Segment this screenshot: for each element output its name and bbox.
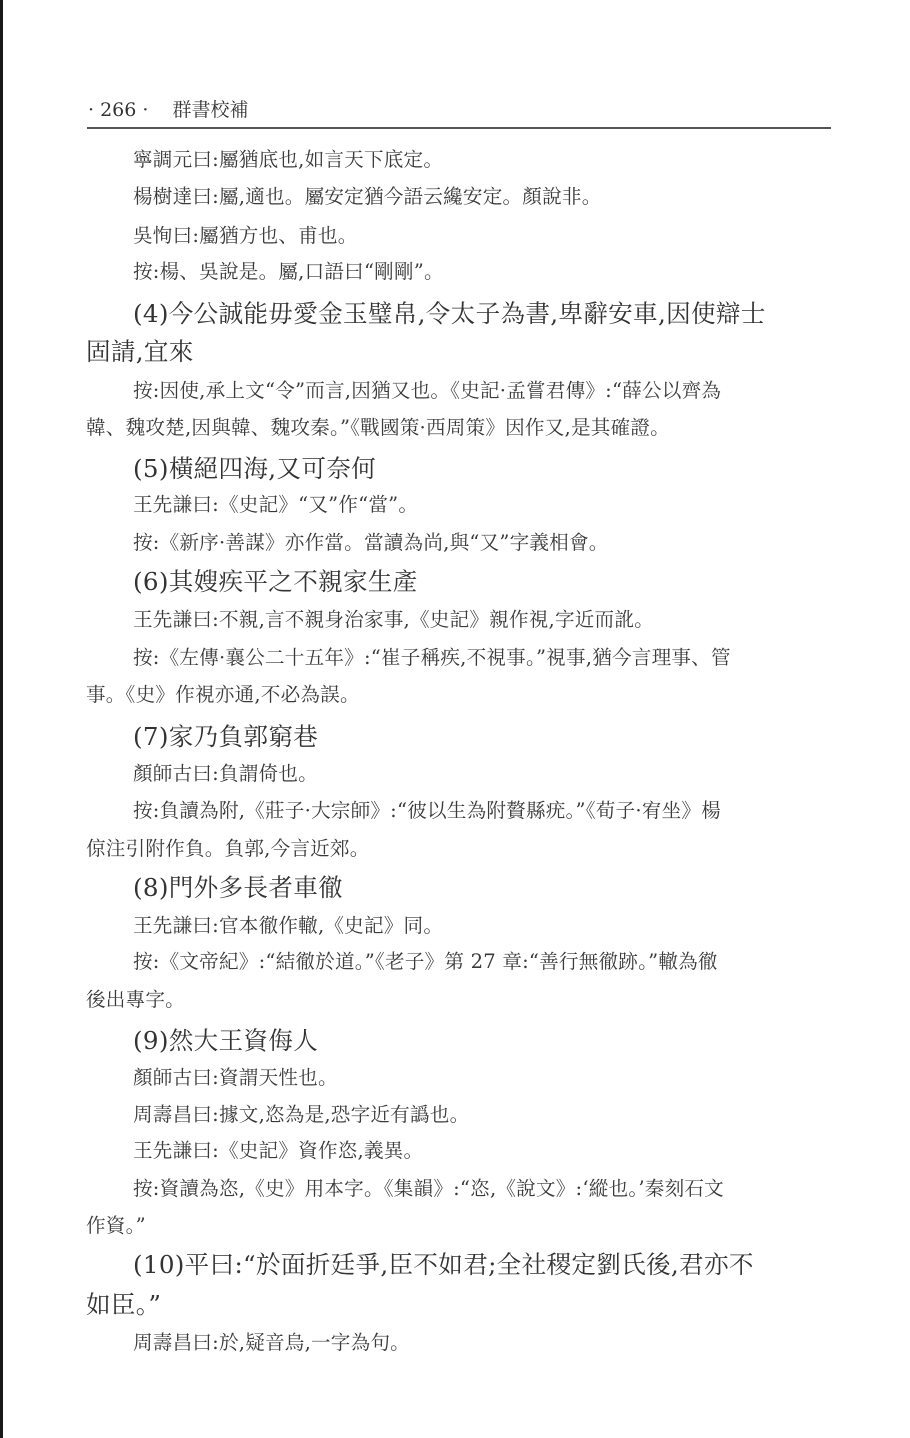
entry-heading: 固請,宜來: [86, 336, 194, 368]
entry-heading: (10)平曰:“於面折廷爭,臣不如君;全社稷定劉氏後,君亦不: [133, 1249, 754, 1281]
text-line: 周壽昌曰:據文,恣為是,恐字近有譌也。: [133, 1102, 469, 1128]
entry-heading: (7)家乃負郭窮巷: [133, 721, 318, 753]
text-line: 作資。”: [86, 1213, 146, 1239]
text-line: 王先謙曰:《史記》資作恣,義異。: [133, 1138, 423, 1164]
text-line: 按:《左傳·襄公二十五年》:“崔子稱疾,不視事。”視事,猶今言理事、管: [133, 645, 731, 671]
text-line: 按:資讀為恣,《史》用本字。《集韻》:“恣,《說文》:‘縱也。’秦刻石文: [133, 1176, 724, 1202]
text-line: 顏師古曰:負謂倚也。: [133, 761, 318, 787]
text-line: 按:負讀為附,《莊子·大宗師》:“彼以生為附贅縣疣。”《荀子·宥坐》楊: [133, 798, 721, 824]
entry-heading: (5)橫絕四海,又可奈何: [133, 453, 376, 485]
page-left-edge: [0, 0, 3, 1438]
text-line: 按:《文帝紀》:“結徹於道。”《老子》第 27 章:“善行無徹跡。”轍為徹: [133, 949, 718, 975]
text-line: 王先謙曰:不親,言不親身治家事,《史記》親作視,字近而訛。: [133, 607, 654, 633]
entry-heading: 如臣。”: [86, 1289, 161, 1321]
text-line: 按:《新序·善謀》亦作當。當讀為尚,與“又”字義相會。: [133, 530, 609, 556]
entry-heading: (4)今公誠能毋愛金玉璧帛,令太子為書,卑辭安車,因使辯士: [133, 298, 766, 330]
text-line: 周壽昌曰:於,疑音烏,一字為句。: [133, 1330, 410, 1356]
page-number: · 266 ·: [88, 97, 148, 123]
text-line: 顏師古曰:資謂天性也。: [133, 1065, 338, 1091]
text-line: 倞注引附作負。負郭,今言近郊。: [86, 836, 370, 862]
book-title: 群書校補: [172, 99, 248, 121]
text-line: 按:因使,承上文“令”而言,因猶又也。《史記·孟嘗君傳》:“薛公以齊為: [133, 378, 721, 404]
entry-heading: (6)其嫂疾平之不親家生產: [133, 566, 418, 598]
text-line: 事。《史》作視亦通,不必為誤。: [86, 682, 360, 708]
text-line: 吳恂曰:屬猶方也、甫也。: [133, 223, 358, 249]
entry-heading: (9)然大王資侮人: [133, 1025, 318, 1057]
header-rule: [87, 127, 831, 129]
running-header: · 266 · 群書校補: [88, 97, 249, 123]
text-line: 王先謙曰:官本徹作轍,《史記》同。: [133, 913, 443, 939]
entry-heading: (8)門外多長者車徹: [133, 872, 343, 904]
text-line: 寧調元曰:屬猶底也,如言天下底定。: [133, 147, 443, 173]
text-line: 按:楊、吳說是。屬,口語曰“剛剛”。: [133, 259, 444, 285]
text-line: 後出專字。: [86, 987, 185, 1013]
text-line: 楊樹達曰:屬,適也。屬安定猶今語云纔安定。顏說非。: [133, 184, 602, 210]
text-line: 韓、魏攻楚,因與韓、魏攻秦。”《戰國策·西周策》因作又,是其確證。: [86, 415, 670, 441]
text-line: 王先謙曰:《史記》“又”作“當”。: [133, 492, 418, 518]
